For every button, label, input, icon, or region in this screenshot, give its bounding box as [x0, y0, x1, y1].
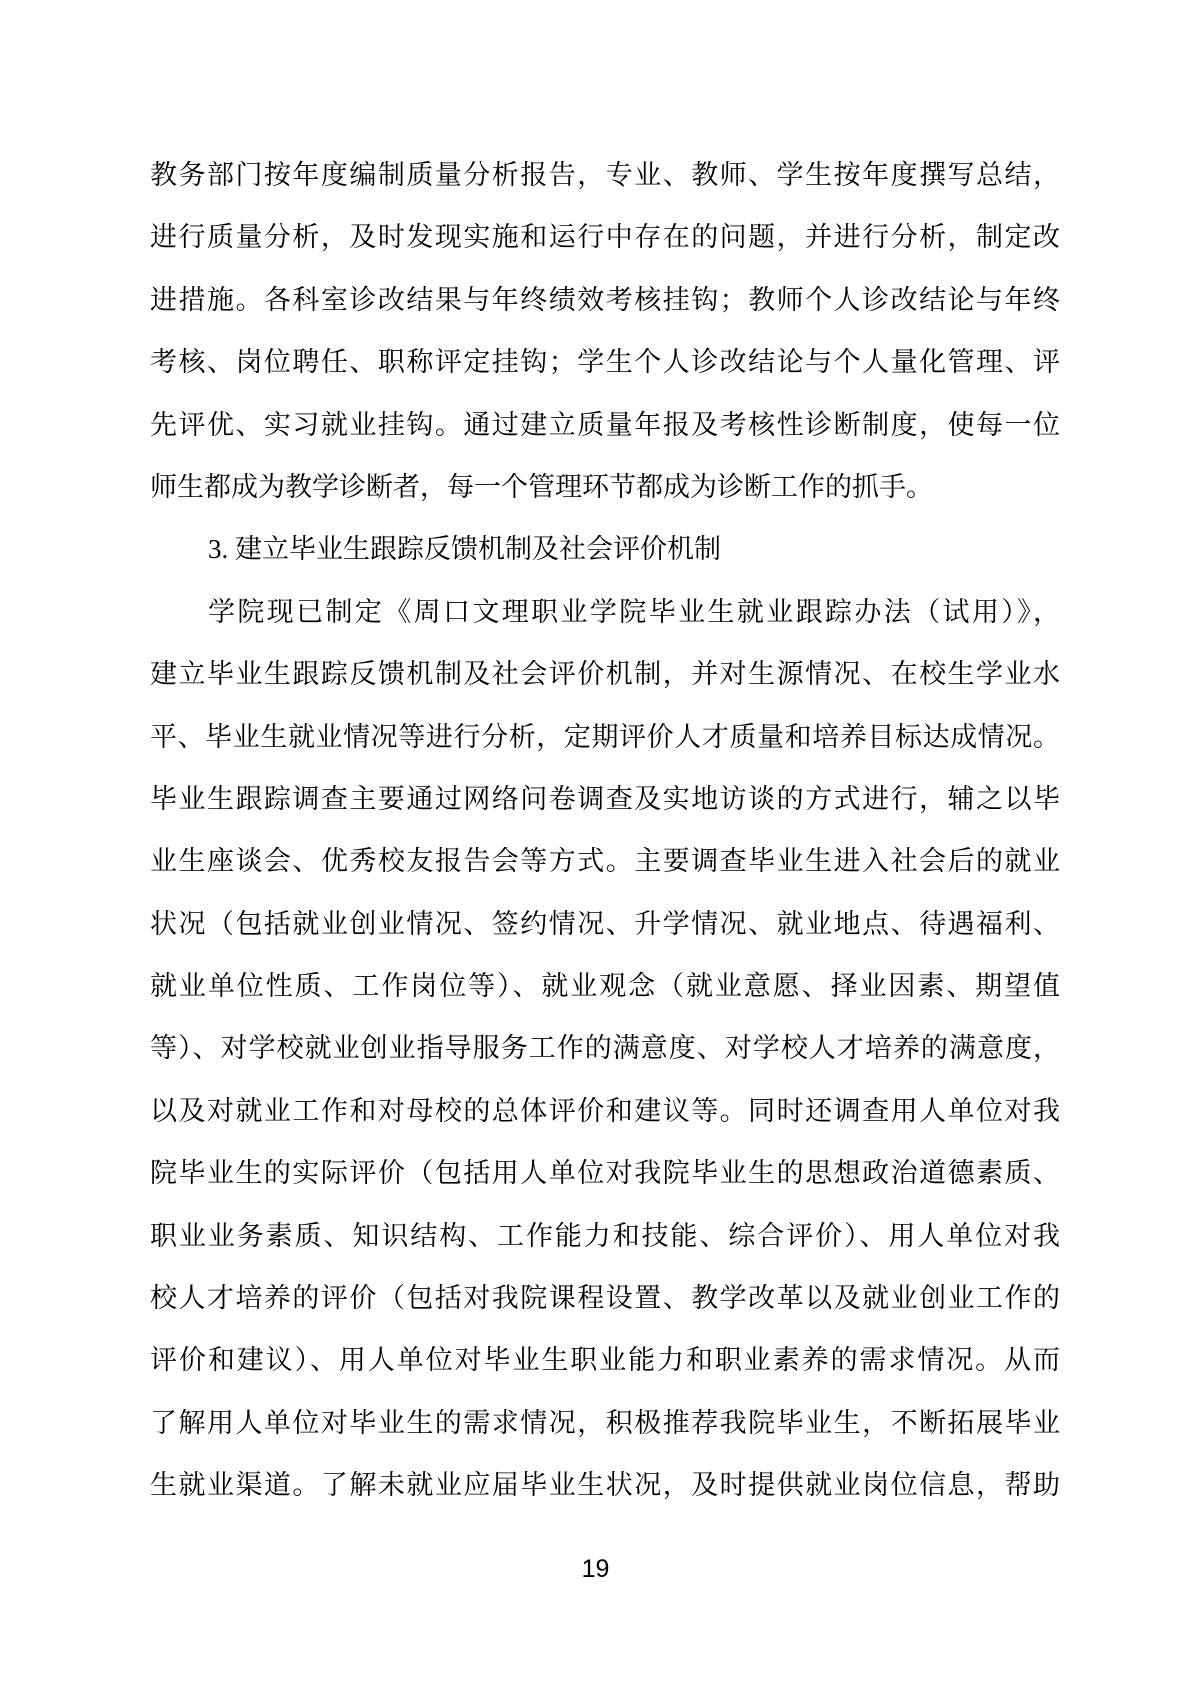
body-line: 等）、对学校就业创业指导服务工作的满意度、对学校人才培养的满意度，	[150, 1017, 1060, 1079]
body-line: 进措施。各科室诊改结果与年终绩效考核挂钩；教师个人诊改结论与年终	[150, 269, 1060, 331]
body-line: 建立毕业生跟踪反馈机制及社会评价机制，并对生源情况、在校生学业水	[150, 643, 1060, 705]
body-line: 毕业生跟踪调查主要通过网络问卷调查及实地访谈的方式进行，辅之以毕	[150, 768, 1060, 830]
body-line: 教务部门按年度编制质量分析报告，专业、教师、学生按年度撰写总结，	[150, 144, 1060, 206]
body-line: 考核、岗位聘任、职称评定挂钩；学生个人诊改结论与个人量化管理、评	[150, 331, 1060, 393]
body-line: 以及对就业工作和对母校的总体评价和建议等。同时还调查用人单位对我	[150, 1080, 1060, 1142]
body-line: 职业业务素质、知识结构、工作能力和技能、综合评价）、用人单位对我	[150, 1205, 1060, 1267]
body-line: 了解用人单位对毕业生的需求情况，积极推荐我院毕业生，不断拓展毕业	[150, 1392, 1060, 1454]
body-line: 就业单位性质、工作岗位等）、就业观念（就业意愿、择业因素、期望值	[150, 955, 1060, 1017]
document-body: 教务部门按年度编制质量分析报告，专业、教师、学生按年度撰写总结， 进行质量分析，…	[150, 144, 1060, 1517]
body-line: 院毕业生的实际评价（包括用人单位对我院毕业生的思想政治道德素质、	[150, 1142, 1060, 1204]
body-line-paragraph-start: 学院现已制定《周口文理职业学院毕业生就业跟踪办法（试用）》，	[150, 581, 1060, 643]
body-line: 生就业渠道。了解未就业应届毕业生状况，及时提供就业岗位信息，帮助	[150, 1454, 1060, 1516]
page-number: 19	[0, 1554, 1191, 1584]
body-line: 评价和建议）、用人单位对毕业生职业能力和职业素养的需求情况。从而	[150, 1329, 1060, 1391]
body-line-paragraph-end: 师生都成为教学诊断者，每一个管理环节都成为诊断工作的抓手。	[150, 456, 1060, 518]
body-line: 平、毕业生就业情况等进行分析，定期评价人才质量和培养目标达成情况。	[150, 706, 1060, 768]
body-line: 进行质量分析，及时发现实施和运行中存在的问题，并进行分析，制定改	[150, 206, 1060, 268]
body-line: 先评优、实习就业挂钩。通过建立质量年报及考核性诊断制度，使每一位	[150, 394, 1060, 456]
body-line: 校人才培养的评价（包括对我院课程设置、教学改革以及就业创业工作的	[150, 1267, 1060, 1329]
document-page: 教务部门按年度编制质量分析报告，专业、教师、学生按年度撰写总结， 进行质量分析，…	[0, 0, 1191, 1684]
body-line: 业生座谈会、优秀校友报告会等方式。主要调查毕业生进入社会后的就业	[150, 830, 1060, 892]
section-heading-line: 3. 建立毕业生跟踪反馈机制及社会评价机制	[150, 518, 1060, 580]
body-line: 状况（包括就业创业情况、签约情况、升学情况、就业地点、待遇福利、	[150, 893, 1060, 955]
